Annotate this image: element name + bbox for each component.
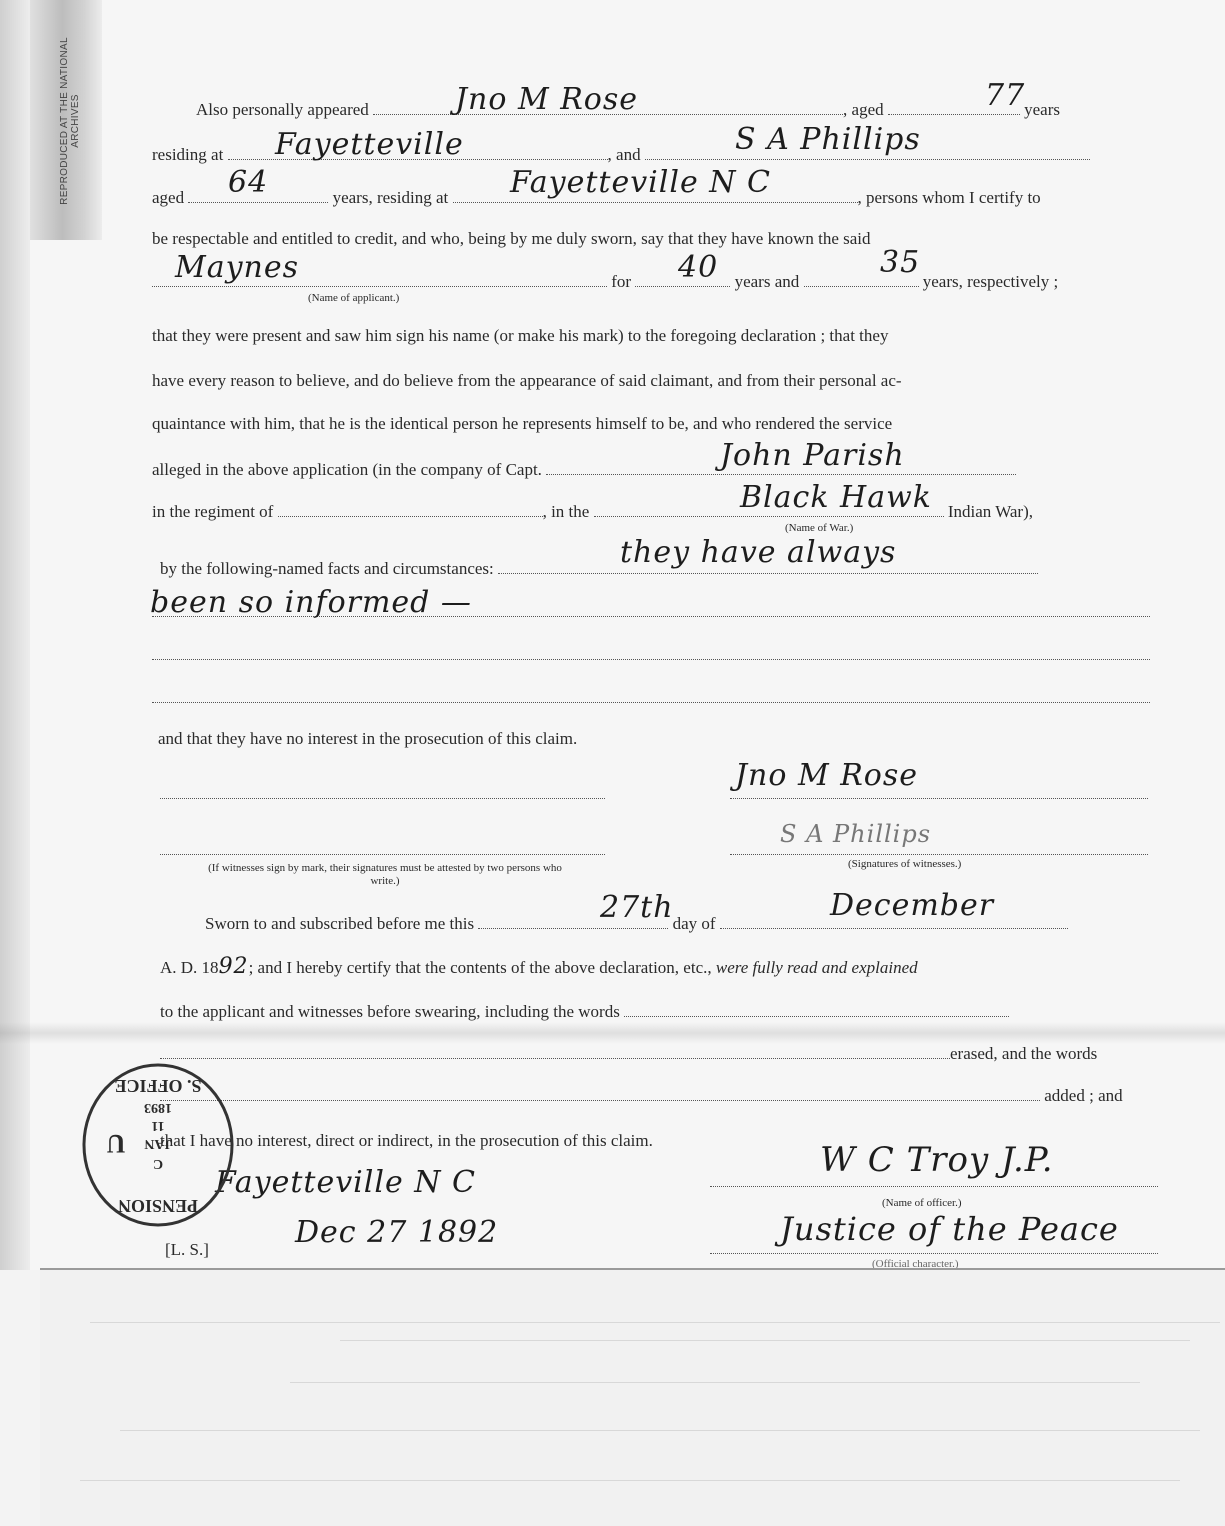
hw-sworn-month: December <box>830 888 994 923</box>
hw-facts-line2: been so informed — <box>150 585 472 620</box>
text-p2-l1: that they were present and saw him sign … <box>152 325 888 347</box>
officer-line <box>710 1170 1158 1193</box>
underlying-page <box>40 1268 1225 1526</box>
hw-captain: John Parish <box>720 438 905 473</box>
hw-sig-witness1: Jno M Rose <box>735 758 918 793</box>
field-words <box>624 1000 1009 1017</box>
svg-text:S. OFFICE: S. OFFICE <box>114 1076 201 1096</box>
hw-year-suffix: 92 <box>219 954 249 979</box>
caption-officer: (Name of officer.) <box>882 1197 962 1209</box>
text-p2-l2: have every reason to believe, and do bel… <box>152 370 902 392</box>
erased-line: erased, and the words <box>160 1042 1097 1065</box>
added-line: added ; and <box>160 1084 1123 1107</box>
label-erased: erased, and the words <box>950 1044 1097 1063</box>
svg-text:U: U <box>106 1129 125 1158</box>
page-left-edge <box>0 0 30 1270</box>
label-aged2: aged <box>152 188 184 207</box>
caption-witness-signatures: (Signatures of witnesses.) <box>848 858 961 870</box>
label-sworn: Sworn to and subscribed before me this <box>205 914 474 933</box>
label-for: for <box>611 272 631 291</box>
ls-mark: [L. S.] <box>165 1240 209 1260</box>
label-including-words: to the applicant and witnesses before sw… <box>160 1002 620 1021</box>
faint-line <box>120 1430 1200 1431</box>
caption-applicant: (Name of applicant.) <box>308 292 399 304</box>
label-years-respectively: years, respectively ; <box>923 272 1058 291</box>
label-day-of: day of <box>673 914 716 933</box>
field-added <box>160 1084 1040 1101</box>
field-facts-4 <box>152 686 1150 703</box>
label-facts: by the following-named facts and circums… <box>160 559 494 578</box>
field-attest-2 <box>160 838 605 855</box>
hw-witness2-name: S A Phillips <box>735 122 921 157</box>
faint-line <box>340 1340 1190 1341</box>
svg-text:C: C <box>153 1156 163 1171</box>
text-p2-l3: quaintance with him, that he is the iden… <box>152 413 892 435</box>
hw-sworn-day: 27th <box>600 890 674 925</box>
field-attest-1 <box>160 782 605 799</box>
facts-line4 <box>152 686 1150 709</box>
label-years-residing-at: years, residing at <box>333 188 449 207</box>
line-respectable: be respectable and entitled to credit, a… <box>152 228 871 250</box>
caption-witness-mark: (If witnesses sign by mark, their signat… <box>195 862 575 888</box>
label-fully-read: were fully read and explained <box>716 958 918 977</box>
text-p2-l6: by the following-named facts and circums… <box>160 557 1038 580</box>
words-line: to the applicant and witnesses before sw… <box>160 1000 1009 1023</box>
svg-text:11: 11 <box>151 1118 164 1133</box>
svg-text:1893: 1893 <box>144 1100 172 1115</box>
attest-line-2 <box>160 838 605 861</box>
label-years-and: years and <box>735 272 800 291</box>
field-regiment <box>278 500 543 517</box>
svg-text:PENSION: PENSION <box>118 1196 198 1216</box>
hw-facts-line1: they have always <box>620 535 896 570</box>
hw-witness1-residence: Fayetteville <box>275 127 464 162</box>
label-capt: alleged in the above application (in the… <box>152 460 542 479</box>
faint-line <box>290 1382 1140 1383</box>
label-regiment: in the regiment of <box>152 502 273 521</box>
character-line <box>710 1237 1158 1260</box>
field-officer-character <box>710 1237 1158 1254</box>
hw-witness2-age: 64 <box>228 165 268 200</box>
faint-line <box>80 1480 1180 1481</box>
hw-war-name: Black Hawk <box>740 480 932 515</box>
label-ad: A. D. 18 <box>160 958 219 977</box>
faint-line <box>90 1322 1220 1323</box>
label-indian-war: Indian War), <box>948 502 1033 521</box>
attest-line-1 <box>160 782 605 805</box>
hw-witness1-name: Jno M Rose <box>455 82 638 117</box>
facts-line3 <box>152 643 1150 666</box>
text-p2-l7: and that they have no interest in the pr… <box>158 728 577 750</box>
hw-known-years-1: 40 <box>678 250 718 285</box>
hw-witness1-age: 77 <box>985 78 1025 113</box>
hw-known-years-2: 35 <box>880 245 920 280</box>
hw-date: Dec 27 1892 <box>295 1215 498 1250</box>
caption-war: (Name of War.) <box>785 522 853 534</box>
field-officer-name <box>710 1170 1158 1187</box>
label-persons-certify: , persons whom I certify to <box>858 188 1041 207</box>
hw-sig-witness2: S A Phillips <box>780 820 931 848</box>
label-and: , and <box>608 145 641 164</box>
pension-office-stamp-icon: PENSION S. OFFICE C JAN 11 1893 U <box>78 1060 238 1230</box>
label-also-appeared: Also personally appeared <box>196 100 369 119</box>
label-residing-at: residing at <box>152 145 223 164</box>
label-certify: ; and I hereby certify that the contents… <box>249 958 712 977</box>
scan-smudge <box>0 1022 1225 1044</box>
label-in-the: , in the <box>543 502 590 521</box>
field-facts-3 <box>152 643 1150 660</box>
declaration-page: REPRODUCED AT THE NATIONAL ARCHIVES Also… <box>0 0 1225 1270</box>
svg-text:JAN: JAN <box>144 1136 171 1151</box>
field-erased <box>160 1042 950 1059</box>
hw-place: Fayetteville N C <box>215 1165 476 1200</box>
label-aged: , aged <box>843 100 884 119</box>
archive-stamp: REPRODUCED AT THE NATIONAL ARCHIVES <box>59 11 81 231</box>
hw-witness2-residence: Fayetteville N C <box>510 165 771 200</box>
label-added: added ; and <box>1044 1086 1122 1105</box>
label-years: years <box>1024 100 1060 119</box>
hw-applicant-name: Maynes <box>175 250 299 285</box>
ad-line: A. D. 1892; and I hereby certify that th… <box>160 956 918 979</box>
